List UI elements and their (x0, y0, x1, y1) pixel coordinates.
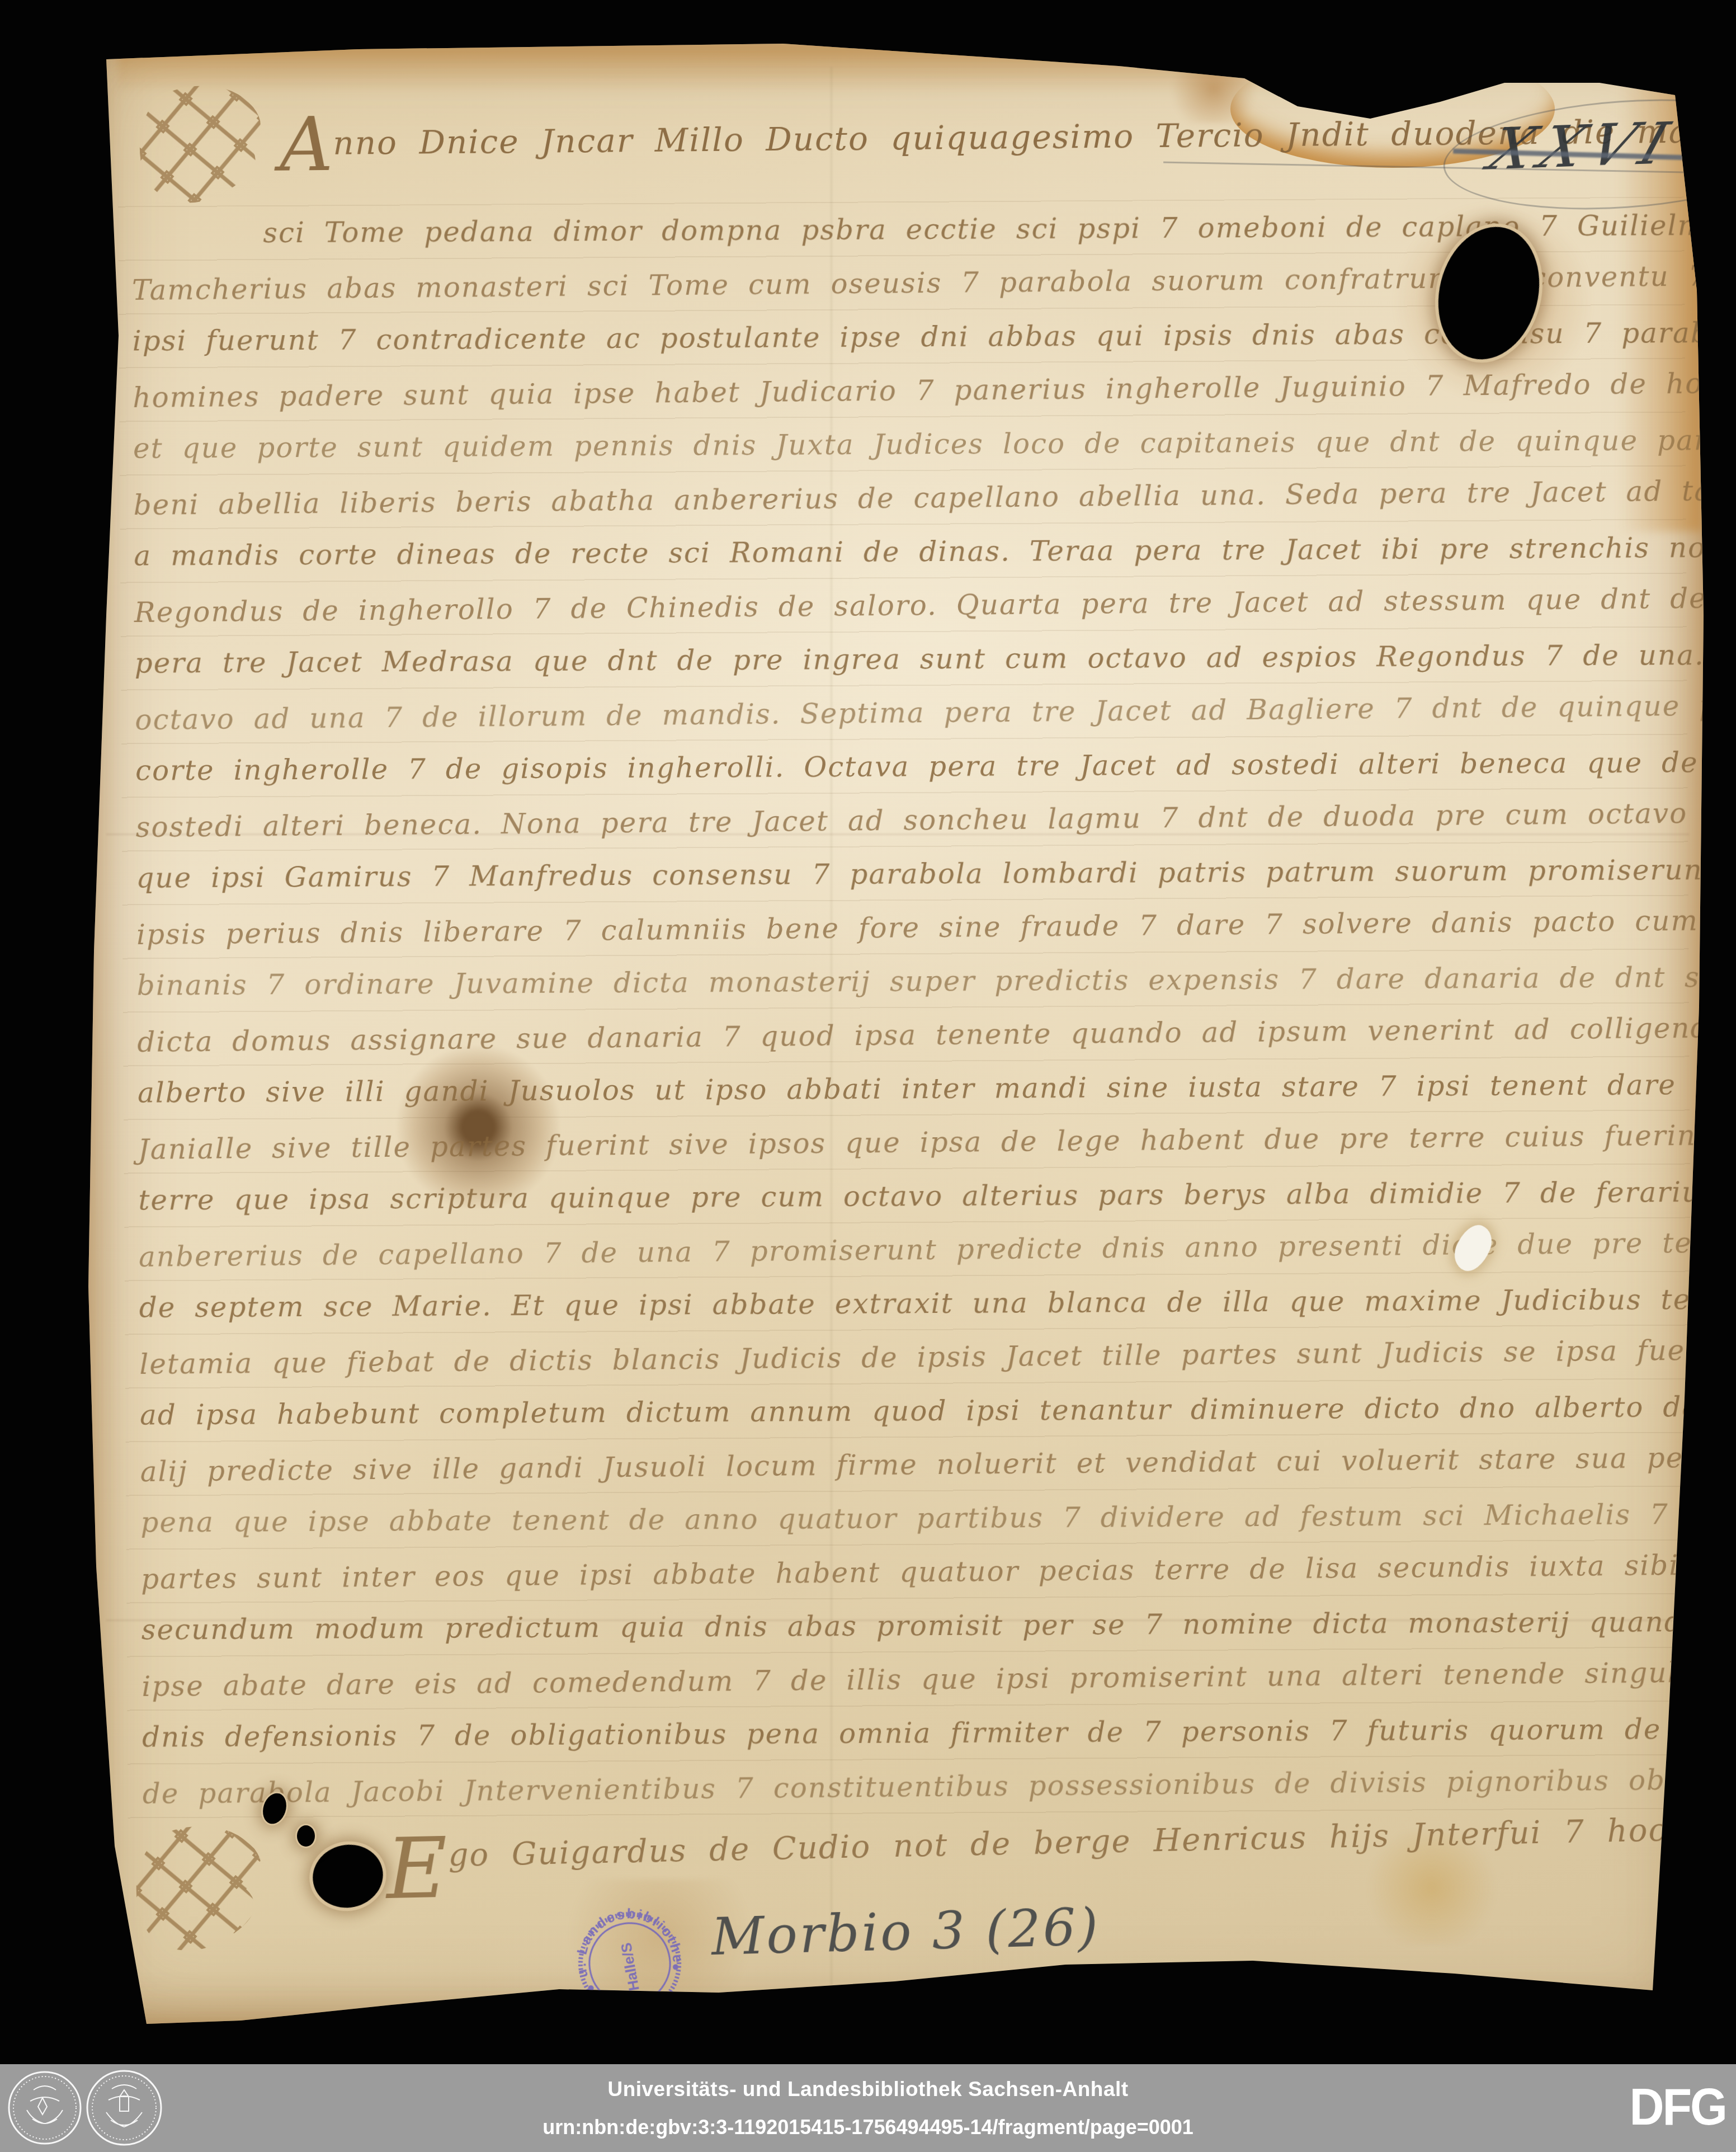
parchment-hole-bottom-left (303, 1834, 393, 1918)
opening-initial: A (279, 102, 333, 189)
parchment-document: Anno Dnice Jncar Millo Ducto quiquagesim… (84, 34, 1706, 2031)
scan-viewport: Anno Dnice Jncar Millo Ducto quiquagesim… (0, 0, 1736, 2152)
dfg-logo: DFG (1629, 2078, 1726, 2137)
library-name: Universitäts- und Landesbibliothek Sachs… (607, 2078, 1128, 2101)
shelfmark-annotation: Morbio 3 (26) (711, 1897, 1101, 1967)
parchment-hole-small-2 (295, 1824, 317, 1848)
library-stamp: u. Landesbibliothek Halle/S (563, 1897, 696, 2030)
stain-top-center-spot (1163, 56, 1264, 123)
folio-annotation: XXVI (1443, 96, 1736, 214)
manuscript-body: sci Tome pedana dimor dompna psbra eccti… (131, 197, 1692, 1819)
footer-bar: Universitäts- und Landesbibliothek Sachs… (0, 2064, 1736, 2152)
closing-initial: E (385, 1820, 450, 1918)
pen-flourish-bottom-left (129, 1815, 274, 1966)
urn-identifier: urn:nbn:de:gbv:3:3-1192015415-1756494495… (542, 2116, 1193, 2139)
footer-text-block: Universitäts- und Landesbibliothek Sachs… (0, 2064, 1736, 2152)
stamp-center-text: Halle/S (617, 1942, 643, 1993)
stain-top-edge-band (117, 45, 1292, 95)
pen-flourish-top-left (133, 78, 273, 213)
